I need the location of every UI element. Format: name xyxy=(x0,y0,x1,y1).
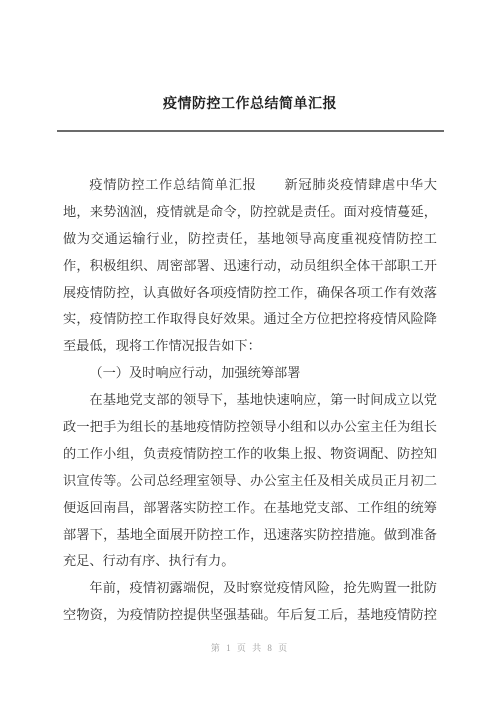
document-title: 疫情防控工作总结简单汇报 xyxy=(0,97,500,113)
text-line: 做为交通运输行业，防控责任，基地领导高度重视疫情防控工 xyxy=(63,226,437,253)
text-line: 在基地党支部的领导下，基地快速响应，第一时间成立以党 xyxy=(63,387,437,414)
text-line: 实，疫情防控工作取得良好效果。通过全方位把控将疫情风险降 xyxy=(63,306,437,333)
page-footer: 第 1 页 共 8 页 xyxy=(0,643,500,654)
text-line: 部署下，基地全面展开防控工作，迅速落实防控措施。做到准备 xyxy=(63,522,437,549)
text-line: 便返回南昌，部署落实防控工作。在基地党支部、工作组的统筹 xyxy=(63,495,437,522)
document-body: 疫情防控工作总结简单汇报 新冠肺炎疫情肆虐中华大 地，来势汹汹，疫情就是命令，防… xyxy=(63,172,437,629)
text-line: 地，来势汹汹，疫情就是命令，防控就是责任。面对疫情蔓延， xyxy=(63,199,437,226)
text-line: 空物资，为疫情防控提供坚强基础。年后复工后，基地疫情防控 xyxy=(63,602,437,629)
text-line: 充足、行动有序、执行有力。 xyxy=(63,548,437,575)
text-line: 疫情防控工作总结简单汇报 新冠肺炎疫情肆虐中华大 xyxy=(63,172,437,199)
text-line: 识宣传等。公司总经理室领导、办公室主任及相关成员正月初二 xyxy=(63,468,437,495)
text-line: 政一把手为组长的基地疫情防控领导小组和以办公室主任为组长 xyxy=(63,414,437,441)
page-number-text: 第 1 页 共 8 页 xyxy=(211,643,289,653)
text-line: 至最低，现将工作情况报告如下： xyxy=(63,333,437,360)
text-line: 展疫情防控，认真做好各项疫情防控工作，确保各项工作有效落 xyxy=(63,280,437,307)
text-line: 的工作小组，负责疫情防控工作的收集上报、物资调配、防控知 xyxy=(63,441,437,468)
text-line: 年前，疫情初露端倪，及时察觉疫情风险，抢先购置一批防 xyxy=(63,575,437,602)
document-page: 疫情防控工作总结简单汇报 疫情防控工作总结简单汇报 新冠肺炎疫情肆虐中华大 地，… xyxy=(0,0,500,707)
text-line: 作，积极组织、周密部署、迅速行动，动员组织全体干部职工开 xyxy=(63,253,437,280)
title-divider xyxy=(57,130,444,132)
section-heading: （一）及时响应行动，加强统筹部署 xyxy=(63,360,437,387)
